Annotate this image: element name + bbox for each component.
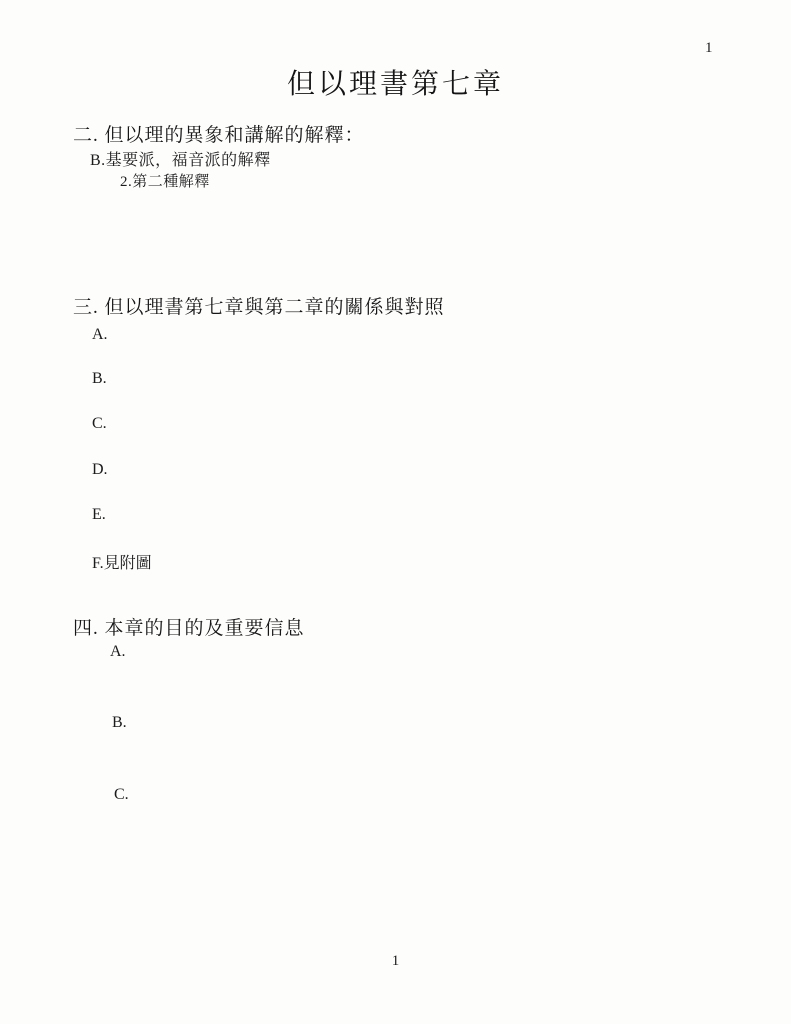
section-4-heading: 四. 本章的目的及重要信息 <box>73 613 305 640</box>
section-4-item-b: B. <box>112 714 127 732</box>
section-3-heading: 三. 但以理書第七章與第二章的關係與對照 <box>73 292 445 319</box>
section-4-item-c: C. <box>114 786 129 804</box>
document-page: 1 但以理書第七章 二. 但以理的異象和講解的解釋： B.基要派，福音派的解釋 … <box>0 0 791 1024</box>
section-3-item-a: A. <box>92 326 108 344</box>
page-number-top: 1 <box>705 40 713 57</box>
page-number-bottom: 1 <box>0 953 791 970</box>
section-4-item-a: A. <box>110 643 126 661</box>
section-2-heading: 二. 但以理的異象和講解的解釋： <box>73 120 365 147</box>
page-title: 但以理書第七章 <box>0 62 791 102</box>
section-2-subsubitem-2: 2.第二種解釋 <box>120 170 210 191</box>
section-2-subitem-b: B.基要派，福音派的解釋 <box>90 147 271 170</box>
section-3-item-e: E. <box>92 506 106 524</box>
section-3-item-f: F.見附圖 <box>92 550 152 573</box>
section-3-item-b: B. <box>92 370 107 388</box>
section-3-item-c: C. <box>92 415 107 433</box>
section-3-item-d: D. <box>92 461 108 479</box>
